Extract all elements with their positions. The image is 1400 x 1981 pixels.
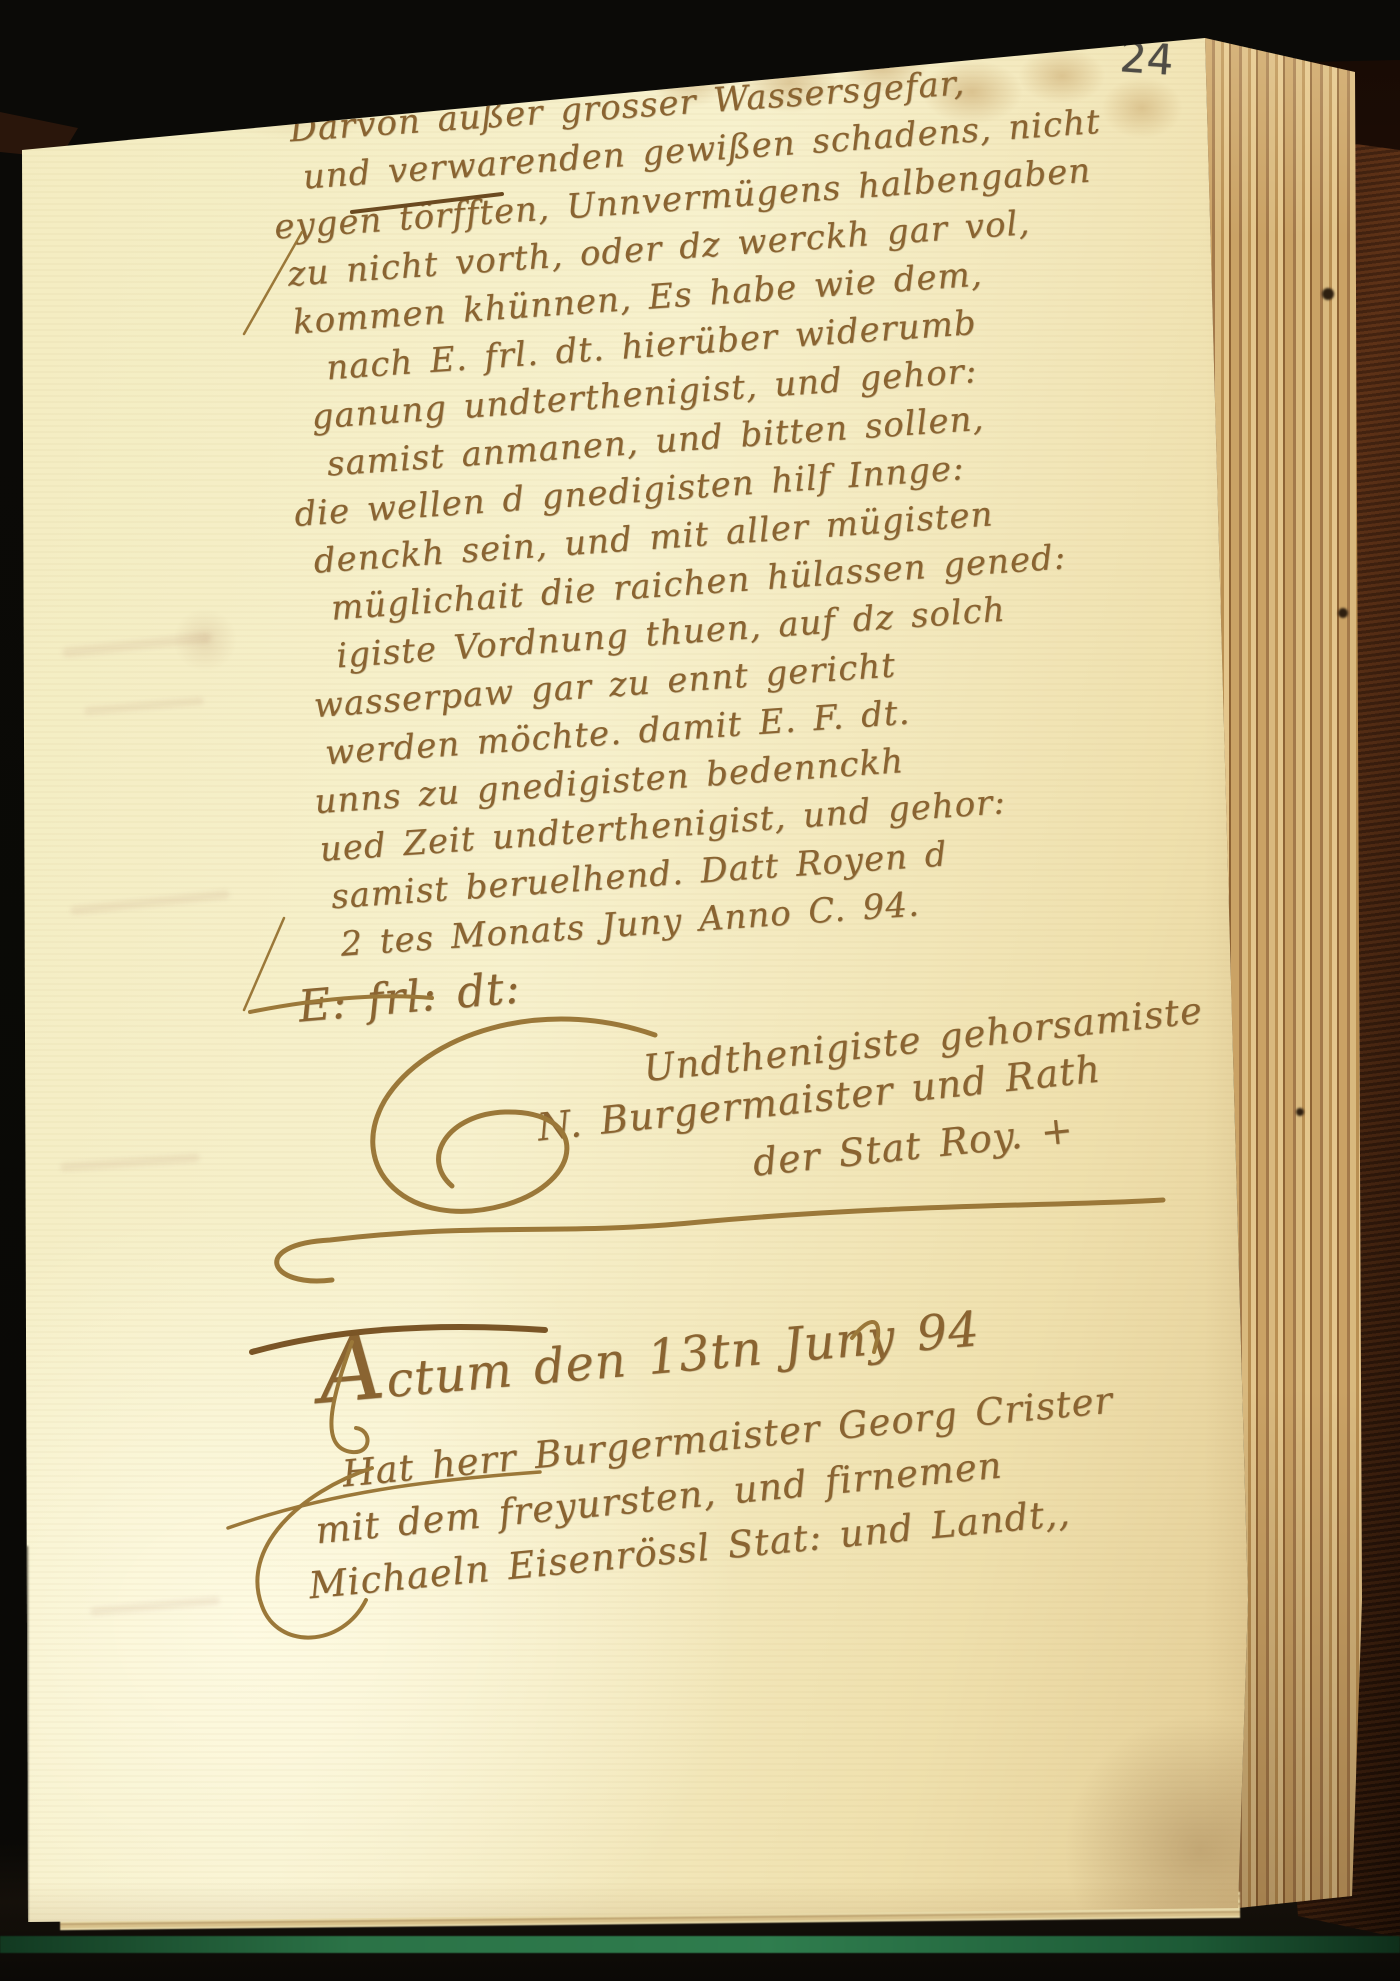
margin-slash-stroke — [244, 232, 302, 334]
pen-flourishes-svg — [0, 0, 1400, 1981]
actum-descender-flourish — [331, 1342, 367, 1452]
table-green-strip — [0, 1936, 1400, 1953]
postscript-sweep-flourish — [228, 1472, 540, 1528]
gutter-shadow-crack — [14, 1546, 28, 1924]
signature-flourish-tail — [277, 1200, 1163, 1281]
actum-crossbar-flourish — [252, 1327, 545, 1352]
fore-edge-wormhole — [1322, 288, 1334, 300]
fore-edge-wormhole — [1296, 1108, 1304, 1116]
word-strikethrough — [352, 194, 502, 212]
fore-edge-wormhole — [1338, 608, 1348, 618]
manuscript-page: 24 Darvon außer grosser Wassersgefar, un… — [0, 0, 1400, 1981]
actum-year-paraph — [852, 1322, 878, 1352]
valediction-flourish — [250, 996, 432, 1012]
margin-slash-stroke — [244, 918, 284, 1010]
manuscript-photo: 24 Darvon außer grosser Wassersgefar, un… — [0, 0, 1400, 1981]
signature-flourish-swirl — [373, 1019, 655, 1211]
